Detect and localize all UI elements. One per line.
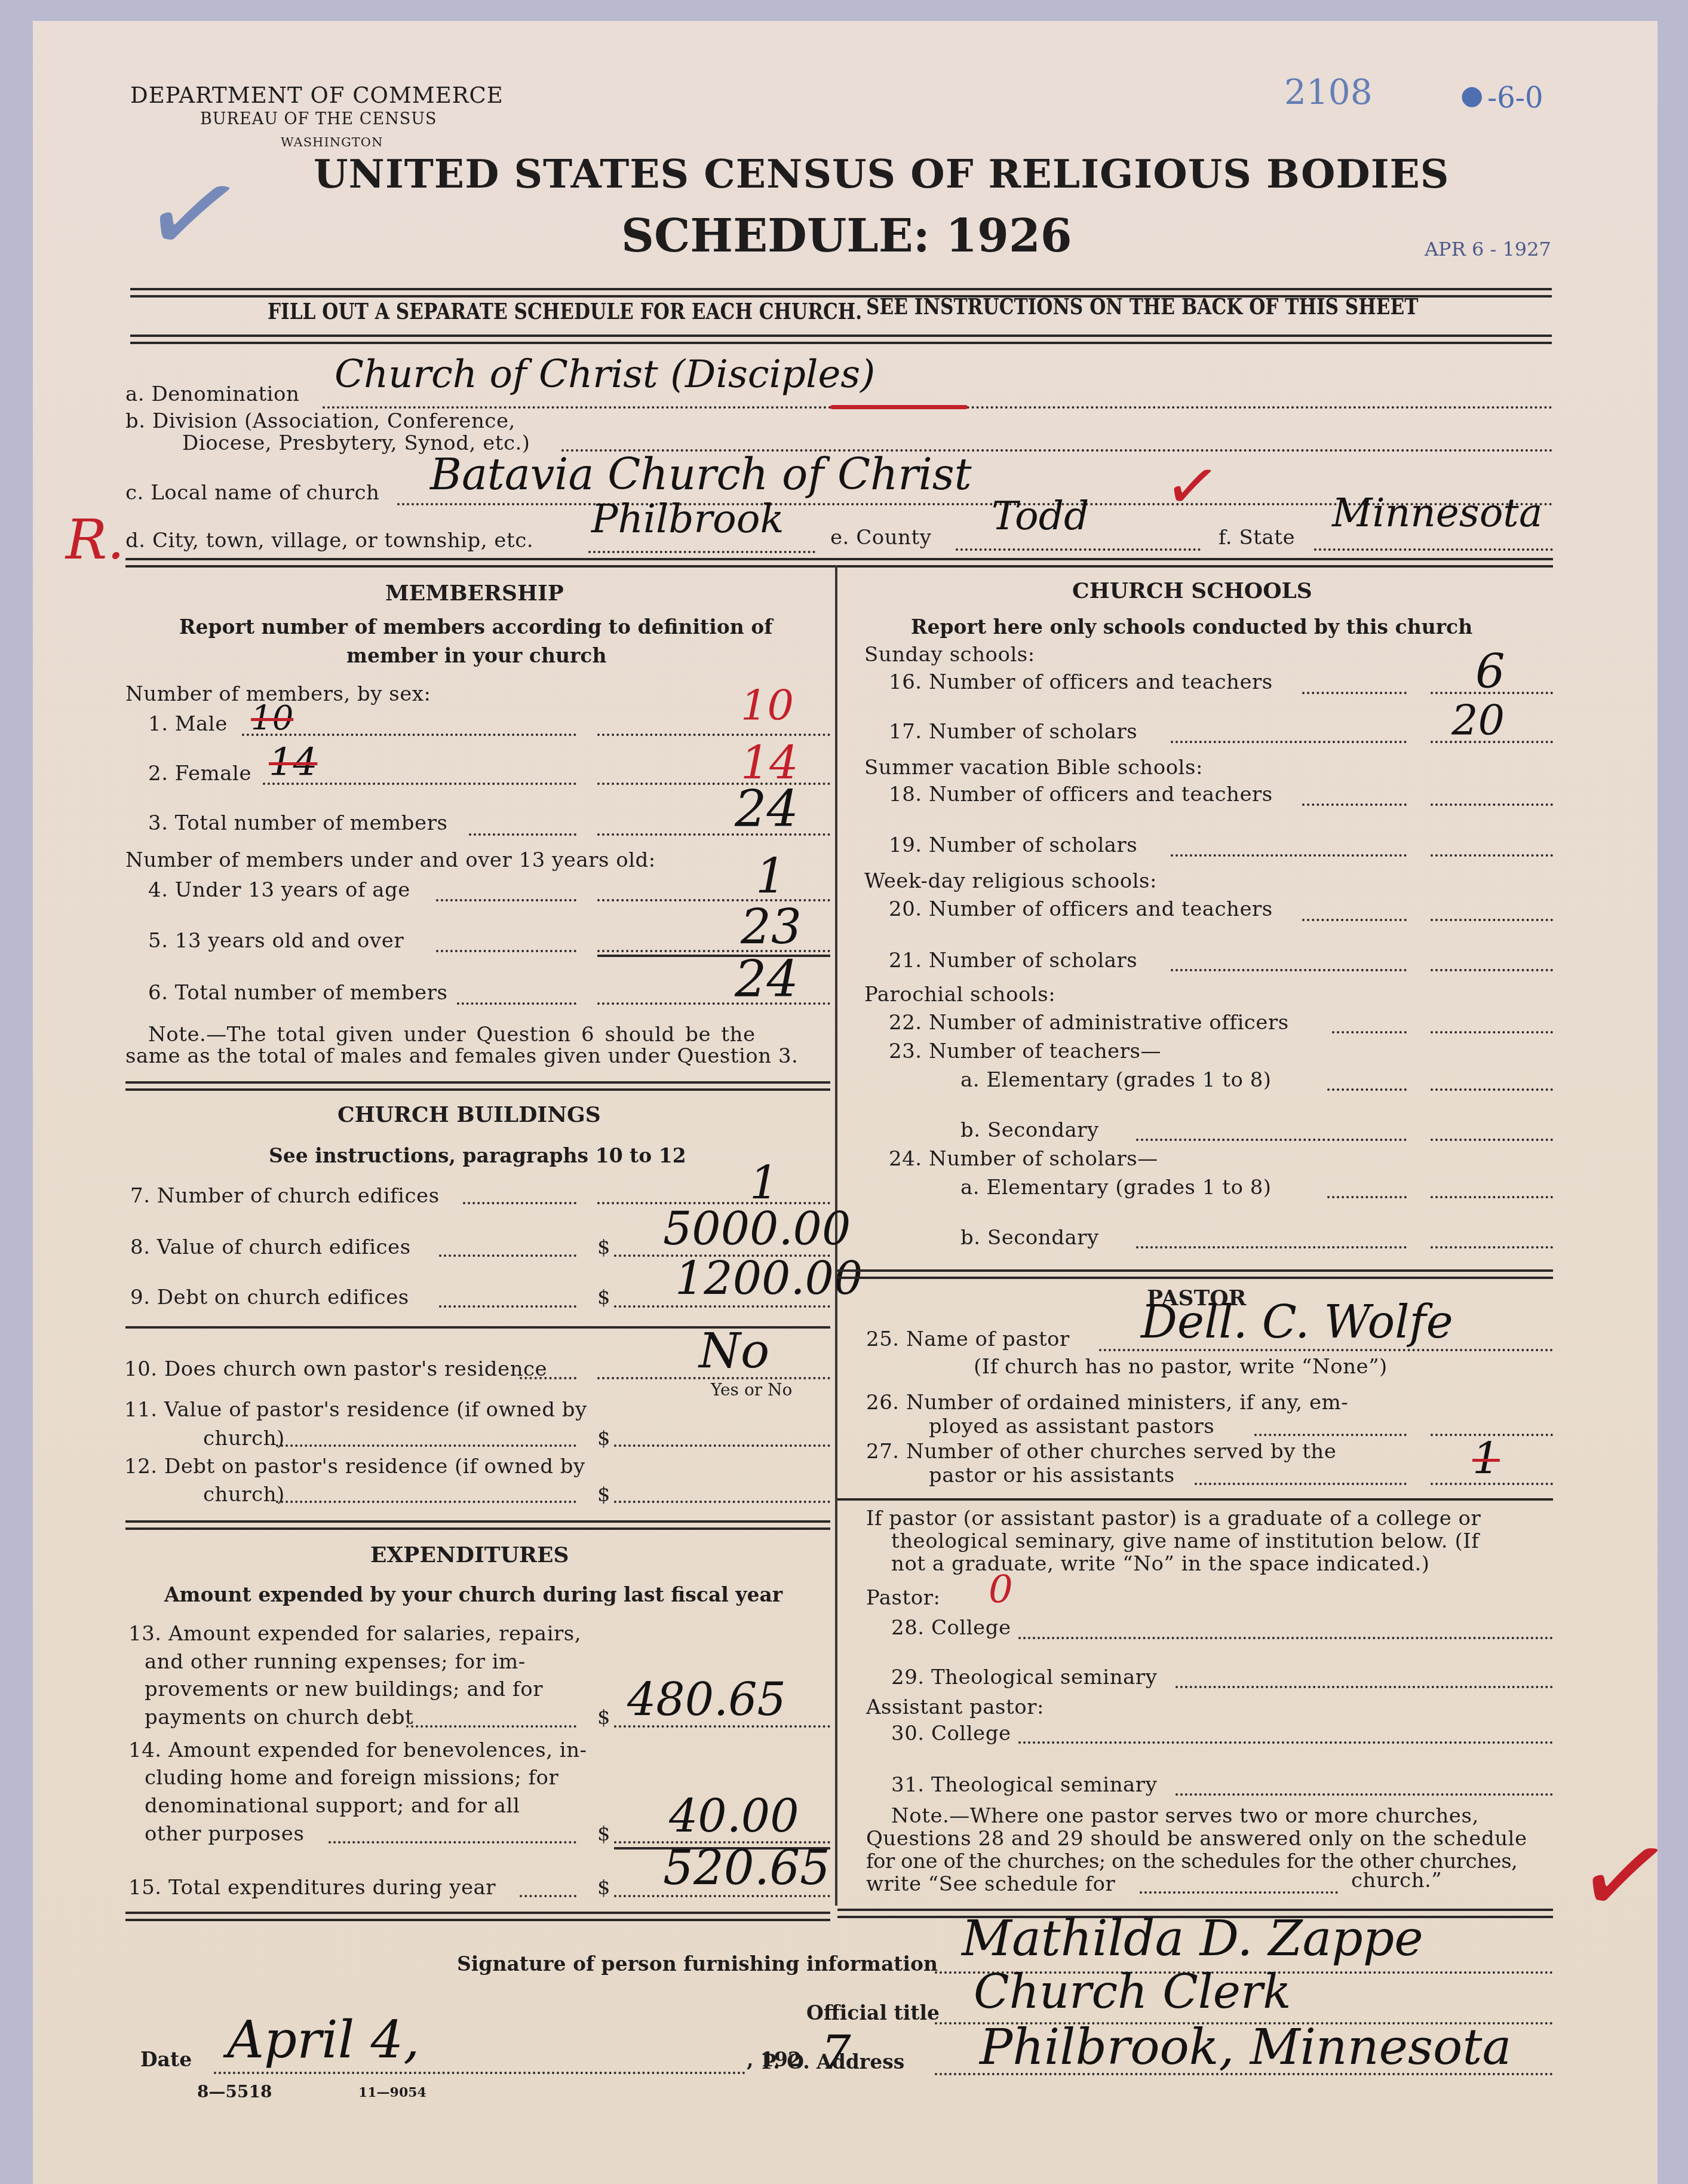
q14-label-line4: other purposes [145, 1822, 304, 1846]
official-title-field[interactable]: Church Clerk [974, 1965, 1291, 2019]
signature-field[interactable]: Mathilda D. Zappe [962, 1910, 1423, 1967]
form-code-2: 11—9054 [358, 2085, 426, 2100]
q26-label-line1: 26. Number of ordained ministers, if any… [866, 1391, 1348, 1415]
q1-male-field[interactable]: 10 [741, 681, 794, 730]
local-name-field[interactable]: Batavia Church of Christ [430, 449, 972, 499]
q11-currency: $ [597, 1427, 610, 1450]
q3-total-field[interactable]: 24 [735, 780, 799, 838]
pastor-note-4a: write “See schedule for [866, 1872, 1115, 1896]
red-underline-mark [830, 405, 968, 409]
county-field[interactable]: Todd [992, 493, 1089, 539]
q8-value-field[interactable]: 5000.00 [663, 1202, 851, 1255]
q12-label-line2: church) [203, 1483, 285, 1507]
po-address-label: P. O. Address [762, 2050, 904, 2073]
q14-label-line1: 14. Amount expended for benevolences, in… [128, 1738, 587, 1762]
county-label: e. County [830, 526, 931, 550]
membership-note-1: Note.—The total given under Question 6 s… [148, 1023, 756, 1047]
identification-divider [125, 558, 1553, 568]
q31-label: 31. Theological seminary [891, 1773, 1157, 1797]
q19-label: 19. Number of scholars [889, 833, 1137, 857]
residence-divider [125, 1520, 830, 1530]
q16-field[interactable]: 6 [1475, 645, 1505, 699]
po-address-field[interactable]: Philbrook, Minnesota [980, 2019, 1511, 2076]
q20-label: 20. Number of officers and teachers [889, 897, 1273, 921]
q7-edifices-label: 7. Number of church edifices [130, 1184, 440, 1208]
q16-label: 16. Number of officers and teachers [889, 670, 1273, 694]
q13-label-line2: and other running expenses; for im- [145, 1650, 526, 1674]
q1-male-label: 1. Male [148, 712, 228, 736]
q9-debt-label: 9. Debt on church edifices [130, 1286, 409, 1309]
q27-label-line2: pastor or his assistants [929, 1464, 1175, 1487]
q4-under-13-label: 4. Under 13 years of age [148, 878, 410, 902]
church-buildings-heading: CHURCH BUILDINGS [337, 1102, 601, 1127]
bureau-name: BUREAU OF THE CENSUS [200, 110, 437, 128]
separate-schedule-instruction: FILL OUT A SEPARATE SCHEDULE FOR EACH CH… [268, 297, 862, 324]
membership-subheading-2: member in your church [346, 644, 606, 667]
q29-label: 29. Theological seminary [891, 1665, 1157, 1689]
schedule-year: SCHEDULE: 1926 [621, 209, 1072, 262]
graduate-intro-1: If pastor (or assistant pastor) is a gra… [866, 1507, 1481, 1530]
weekday-schools-label: Week-day religious schools: [864, 869, 1157, 893]
see-instructions-note: SEE INSTRUCTIONS ON THE BACK OF THIS SHE… [866, 293, 1418, 320]
pastor-note-2: Questions 28 and 29 should be answered o… [866, 1827, 1527, 1851]
q23a-label: a. Elementary (grades 1 to 8) [960, 1068, 1272, 1092]
q11-label-line2: church) [203, 1427, 285, 1450]
church-buildings-subheading: See instructions, paragraphs 10 to 12 [269, 1144, 686, 1167]
q11-label-line1: 11. Value of pastor's residence (if owne… [124, 1398, 587, 1422]
form-title: UNITED STATES CENSUS OF RELIGIOUS BODIES [314, 151, 1450, 197]
graduate-intro-3: not a graduate, write “No” in the space … [891, 1552, 1430, 1576]
q13-label-line1: 13. Amount expended for salaries, repair… [128, 1622, 581, 1646]
membership-note-2: same as the total of males and females g… [125, 1044, 798, 1068]
q27-field[interactable]: 1 [1472, 1434, 1500, 1484]
q14-label-line3: denominational support; and for all [145, 1794, 520, 1818]
stamp-code: -6-0 [1487, 81, 1543, 115]
date-field[interactable]: April 4, [227, 2010, 420, 2070]
q15-currency: $ [597, 1876, 610, 1900]
denomination-label: a. Denomination [125, 382, 299, 406]
date-label: Date [140, 2048, 192, 2071]
q12-currency: $ [597, 1483, 610, 1507]
q10-residence-field[interactable]: No [699, 1323, 769, 1379]
q24b-label: b. Secondary [960, 1226, 1099, 1250]
pastor-note-1: Note.—Where one pastor serves two or mor… [891, 1804, 1479, 1828]
division-label-line1: b. Division (Association, Conference, [125, 409, 515, 433]
q14-amount-field[interactable]: 40.00 [669, 1789, 799, 1842]
q9-currency: $ [597, 1286, 610, 1309]
q8-value-label: 8. Value of church edifices [130, 1235, 411, 1259]
q13-label-line4: payments on church debt [145, 1706, 413, 1729]
bureau-city: WASHINGTON [281, 135, 383, 149]
q12-label-line1: 12. Debt on pastor's residence (if owned… [124, 1455, 585, 1479]
parochial-schools-label: Parochial schools: [864, 983, 1055, 1007]
q25-pastor-name-field[interactable]: Dell. C. Wolfe [1141, 1295, 1453, 1348]
q14-currency: $ [597, 1822, 610, 1846]
denomination-field[interactable]: Church of Christ (Disciples) [334, 352, 875, 397]
q5-13-and-over-field[interactable]: 23 [741, 899, 802, 955]
city-field[interactable]: Philbrook [591, 496, 784, 542]
church-schools-subheading: Report here only schools conducted by th… [911, 615, 1472, 639]
q4-under-13-field[interactable]: 1 [756, 848, 786, 904]
stamp-number: 2108 [1284, 72, 1373, 112]
assistant-pastor-label: Assistant pastor: [866, 1695, 1044, 1719]
q15-total-label: 15. Total expenditures during year [128, 1876, 496, 1900]
membership-subheading-1: Report number of members according to de… [179, 615, 772, 639]
expenditures-divider [125, 1912, 830, 1921]
pastor-red-mark: 0 [989, 1568, 1013, 1612]
q18-label: 18. Number of officers and teachers [889, 783, 1273, 806]
form-code-1: 8—5518 [197, 2082, 272, 2102]
red-checkmark-icon: ✓ [1160, 444, 1225, 528]
q15-total-field[interactable]: 520.65 [663, 1840, 830, 1895]
q25-hint: (If church has no pastor, write “None”) [974, 1355, 1388, 1379]
membership-divider [125, 1081, 830, 1091]
q22-label: 22. Number of administrative officers [889, 1011, 1289, 1035]
summer-schools-label: Summer vacation Bible schools: [864, 756, 1203, 780]
signature-label: Signature of person furnishing informati… [457, 1952, 938, 1976]
q14-label-line2: cluding home and foreign missions; for [145, 1766, 558, 1790]
city-label: d. City, town, village, or township, etc… [125, 529, 533, 553]
margin-mark-r: R. [66, 508, 125, 572]
q8-currency: $ [597, 1235, 610, 1259]
pastor-divider [837, 1498, 1553, 1501]
q17-label: 17. Number of scholars [889, 720, 1137, 744]
graduate-intro-2: theological seminary, give name of insti… [891, 1529, 1479, 1553]
q13-label-line3: provements or new buildings; and for [145, 1677, 543, 1701]
q1-male-struck-value: 10 [251, 699, 293, 738]
q3-total-label: 3. Total number of members [148, 811, 447, 835]
q26-label-line2: ployed as assistant pastors [929, 1415, 1214, 1438]
local-name-label: c. Local name of church [125, 481, 379, 505]
q7-edifices-field[interactable]: 1 [750, 1156, 778, 1209]
q25-label: 25. Name of pastor [866, 1327, 1070, 1351]
q23b-label: b. Secondary [960, 1118, 1099, 1142]
stamp-dot-icon: ● [1460, 80, 1483, 111]
by-age-label: Number of members under and over 13 year… [125, 848, 656, 872]
official-title-label: Official title [806, 2001, 940, 2025]
expenditures-subheading: Amount expended by your church during la… [164, 1583, 782, 1606]
q6-total-label: 6. Total number of members [148, 981, 447, 1005]
q28-label: 28. College [891, 1616, 1011, 1640]
q17-field[interactable]: 20 [1451, 696, 1505, 745]
q23-label: 23. Number of teachers— [889, 1039, 1161, 1063]
q24-label: 24. Number of scholars— [889, 1147, 1158, 1171]
q2-female-struck-value: 14 [269, 741, 317, 785]
sunday-schools-label: Sunday schools: [864, 643, 1035, 667]
q27-label-line1: 27. Number of other churches served by t… [866, 1440, 1336, 1464]
q21-label: 21. Number of scholars [889, 949, 1137, 973]
state-field[interactable]: Minnesota [1332, 490, 1542, 536]
q9-debt-field[interactable]: 1200.00 [675, 1251, 863, 1305]
department-name: DEPARTMENT OF COMMERCE [130, 82, 504, 108]
expenditures-heading: EXPENDITURES [370, 1542, 569, 1568]
instruction-divider [130, 335, 1552, 344]
q5-13-and-over-label: 5. 13 years old and over [148, 929, 404, 953]
q10-residence-label: 10. Does church own pastor's residence [124, 1357, 547, 1381]
pastor-subsection-label: Pastor: [866, 1586, 940, 1610]
church-schools-heading: CHURCH SCHOOLS [1072, 578, 1312, 603]
received-date-stamp: APR 6 - 1927 [1425, 238, 1551, 260]
schools-divider [837, 1269, 1553, 1279]
q30-label: 30. College [891, 1722, 1011, 1746]
q13-currency: $ [597, 1706, 610, 1729]
q10-hint: Yes or No [711, 1380, 792, 1400]
pastor-note-4b: church.” [1351, 1869, 1442, 1892]
membership-heading: MEMBERSHIP [385, 581, 564, 606]
q24a-label: a. Elementary (grades 1 to 8) [960, 1176, 1272, 1200]
state-label: f. State [1219, 526, 1295, 550]
q6-total-field[interactable]: 24 [735, 950, 799, 1008]
q13-amount-field[interactable]: 480.65 [627, 1673, 786, 1726]
q2-female-label: 2. Female [148, 762, 251, 786]
